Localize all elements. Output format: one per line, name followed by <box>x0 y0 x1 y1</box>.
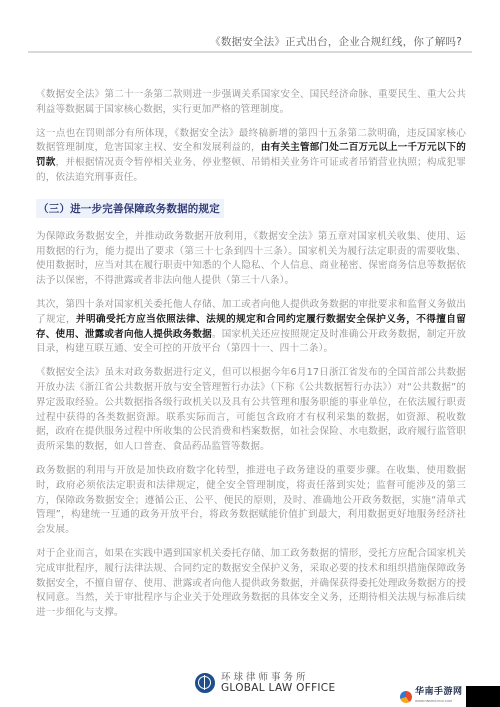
paragraph-text: ，并根据情况责令暂停相关业务、停业整顿、吊销相关业务许可证或者吊销营业执照；构成… <box>36 157 466 183</box>
logo-text: 环球律师事务所 GLOBAL LAW OFFICE <box>221 672 335 694</box>
watermark-title: 华南手游网 <box>415 688 463 697</box>
game-logo-icon <box>400 691 412 703</box>
paragraph-text: 政务数据的利用与开放是加快政府数字化转型，推进电子政务建设的重要步骤。在收集、使… <box>36 465 466 535</box>
paragraph-6: 政务数据的利用与开放是加快政府数字化转型，推进电子政务建设的重要步骤。在收集、使… <box>36 464 466 538</box>
watermark-text: 华南手游网 WWW.HNSHOUYOU.COM <box>415 688 463 706</box>
paragraph-text: 对于企业而言，如果在实践中遇到国家机关委托存储、加工政务数据的情形，受托方应配合… <box>36 548 466 618</box>
document-body: 《数据安全法》第二十一条第二款则进一步强调关系国家安全、国民经济命脉、重要民生、… <box>36 88 466 630</box>
footer-logo: 环球律师事务所 GLOBAL LAW OFFICE <box>195 672 335 694</box>
paragraph-1: 《数据安全法》第二十一条第二款则进一步强调关系国家安全、国民经济命脉、重要民生、… <box>36 88 466 118</box>
watermark-subtitle: WWW.HNSHOUYOU.COM <box>415 697 463 706</box>
header-divider <box>28 51 472 53</box>
paragraph-text: 《数据安全法》第二十一条第二款则进一步强调关系国家安全、国民经济命脉、重要民生、… <box>36 89 466 115</box>
section-heading: （三）进一步完善保障政务数据的规定 <box>36 199 224 218</box>
logo-english-name: GLOBAL LAW OFFICE <box>221 683 335 694</box>
watermark-badge: 华南手游网 WWW.HNSHOUYOU.COM <box>398 686 466 707</box>
paragraph-2: 这一点也在罚则部分有所体现，《数据安全法》最终稿新增的第四十五条第二款明确，违反… <box>36 127 466 186</box>
document-header-title: 《数据安全法》正式出台，企业合规红线，你了解吗? <box>210 34 462 49</box>
paragraph-text: 为保障政务数据安全，并推动政务数据开放利用，《数据安全法》第五章对国家机关收集、… <box>36 231 466 286</box>
paragraph-7: 对于企业而言，如果在实践中遇到国家机关委托存储、加工政务数据的情形，受托方应配合… <box>36 547 466 621</box>
site-watermark: 华南手游网 WWW.HNSHOUYOU.COM <box>398 686 500 707</box>
paragraph-3: 为保障政务数据安全，并推动政务数据开放利用，《数据安全法》第五章对国家机关收集、… <box>36 230 466 289</box>
globe-icon <box>195 673 215 693</box>
paragraph-text: 《数据安全法》虽未对政务数据进行定义，但可以根据今年6月17日浙江省发布的全国首… <box>36 367 466 452</box>
paragraph-4: 其次，第四十条对国家机关委托他人存储、加工或者向他人提供政务数据的审批要求和监督… <box>36 298 466 357</box>
paragraph-5: 《数据安全法》虽未对政务数据进行定义，但可以根据今年6月17日浙江省发布的全国首… <box>36 366 466 455</box>
